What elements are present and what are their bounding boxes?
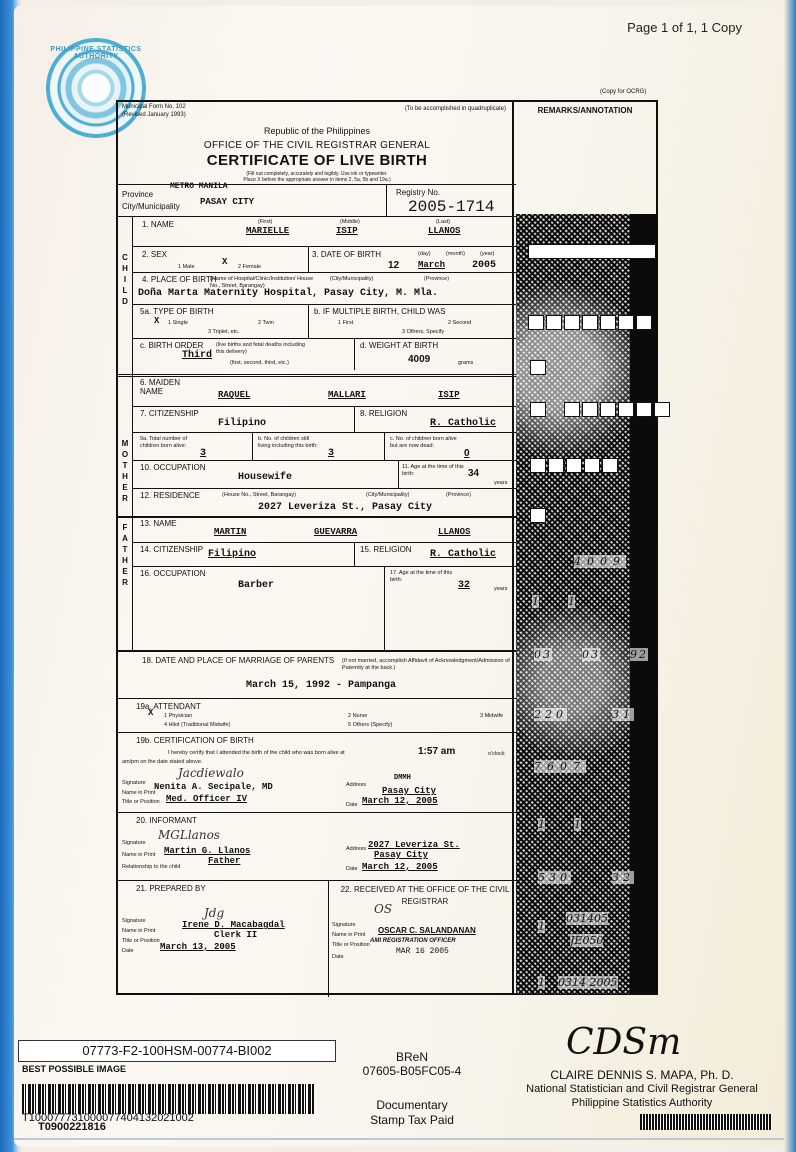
date-label: Date: [332, 954, 344, 960]
informant-code-1: 1: [538, 818, 545, 831]
mother-citizenship-label: 7. CITIZENSHIP: [140, 409, 199, 418]
attendant-physician: 1 Physician: [164, 713, 192, 719]
divider: [132, 338, 516, 339]
middle-label: (Middle): [340, 219, 360, 225]
divider: [308, 304, 309, 338]
informant-label: 20. INFORMANT: [136, 816, 197, 825]
divider: [118, 732, 516, 733]
attendant-label: 19a. ATTENDANT: [136, 702, 201, 711]
pob-city-label: (City/Municipality): [330, 276, 373, 282]
divider: [118, 216, 516, 217]
attendant-code-2: 31: [612, 708, 634, 721]
maiden-name-label: 6. MAIDEN NAME: [140, 378, 190, 396]
signature-label: Signature: [122, 780, 146, 786]
code-box: [548, 458, 564, 473]
residence-sub1: (House No., Street, Barangay): [222, 492, 296, 498]
form-number: Municipal Form No. 102: [122, 104, 186, 110]
code-box: [530, 508, 546, 523]
marriage-value: March 15, 1992 - Pampanga: [246, 680, 396, 691]
father-religion-label: 15. RELIGION: [360, 545, 412, 554]
code-box: [564, 402, 580, 417]
divider: [132, 566, 516, 567]
dead-children-label: c. No. of children born alive but are no…: [390, 436, 460, 450]
paper-edge: [14, 1138, 784, 1140]
mother-age-label: 11. Age at the time of this birth:: [402, 464, 472, 478]
remarks-title: REMARKS/ANNOTATION: [514, 106, 656, 115]
code-box: [618, 315, 634, 330]
barcode-serial: T0900221816: [38, 1121, 106, 1133]
father-citizenship-code-2: 1: [568, 595, 575, 608]
code-box: [546, 315, 562, 330]
father-citizenship: Filipino: [208, 549, 256, 560]
mother-age: 34: [468, 468, 479, 479]
sex-male-option: 1 Male: [178, 264, 195, 270]
scan-shadow: [630, 214, 658, 994]
bren-label: BReN: [360, 1050, 464, 1064]
bren-block: BReN 07605-B05FC05-4: [360, 1050, 464, 1078]
divider: [132, 488, 516, 489]
divider: [308, 246, 309, 272]
name-label: Name in Print: [332, 932, 365, 938]
weight-unit: grams: [458, 360, 473, 366]
barcode-icon: [22, 1084, 314, 1114]
mother-first-name: RAQUEL: [218, 390, 250, 400]
sex-female-mark: X: [222, 257, 227, 267]
father-religion: R. Catholic: [430, 549, 496, 560]
province-value: METRO MANILA: [170, 182, 228, 191]
republic-label: Republic of the Philippines: [118, 126, 516, 136]
attendant-code-1: 220: [534, 708, 567, 721]
dob-month: March: [418, 260, 445, 270]
weight-label: d. WEIGHT AT BIRTH: [360, 341, 438, 350]
certificate-title: CERTIFICATE OF LIVE BIRTH: [118, 152, 516, 169]
code-box: [636, 315, 652, 330]
mother-section-label: MOTHER: [120, 438, 130, 504]
registry-number: 2005-1714: [408, 198, 494, 216]
birth-time: 1:57 am: [418, 746, 455, 757]
code-box: [582, 315, 598, 330]
informant-name: Martin G. Llanos: [164, 846, 250, 856]
dob-year-label: (year): [480, 251, 494, 257]
father-age-unit: years: [494, 586, 507, 592]
signature-label: Signature: [332, 922, 356, 928]
total-born-value: 3: [200, 448, 206, 459]
divider: [132, 542, 516, 543]
type-single-option: 1 Single: [168, 320, 188, 326]
code-box: [530, 402, 546, 417]
child-first-name: MARIELLE: [246, 226, 289, 236]
prepared-code-2: 32: [612, 871, 634, 884]
attendant-address-2: Pasay City: [382, 786, 436, 796]
type-triplet-option: 3 Triplet, etc.: [208, 329, 240, 335]
informant-relationship: Father: [208, 856, 240, 866]
pob-province-label: (Province): [424, 276, 449, 282]
attendant-address-1: DMMH: [394, 774, 411, 782]
attendant-date: March 12, 2005: [362, 796, 438, 806]
code-box: [582, 402, 598, 417]
dob-label: 3. DATE OF BIRTH: [312, 250, 381, 259]
quadruplicate-note: (To be accomplished in quadruplicate): [405, 106, 506, 112]
multiple-first-option: 1 First: [338, 320, 353, 326]
informant-address-1: 2027 Leveriza St.: [368, 840, 460, 850]
code-boxes-citizenship: [530, 458, 618, 473]
divider: [132, 246, 516, 247]
bren-value: 07605-B05FC05-4: [360, 1064, 464, 1078]
type-twin-option: 2 Twin: [258, 320, 274, 326]
father-name-label: 13. NAME: [140, 519, 176, 528]
divider: [386, 184, 387, 216]
signatory-org: Philippine Statistics Authority: [510, 1096, 774, 1110]
address-label: Address: [346, 782, 366, 788]
name-label: Name in Print: [122, 790, 155, 796]
birth-order-label: c. BIRTH ORDER: [140, 341, 203, 350]
father-age: 32: [458, 580, 470, 591]
sex-female-option: 2 Female: [238, 264, 261, 270]
code-box: [600, 402, 616, 417]
signatory-name: CLAIRE DENNIS S. MAPA, Ph. D.: [510, 1068, 774, 1082]
code-box: [530, 458, 546, 473]
stamp-tax-block: Documentary Stamp Tax Paid: [356, 1098, 468, 1128]
attendant-midwife: 3 Midwife: [480, 713, 503, 719]
best-possible-image-label: BEST POSSIBLE IMAGE: [22, 1064, 126, 1074]
attendant-signature: Jacdiewalo: [178, 766, 244, 780]
attendant-title: Med. Officer IV: [166, 794, 247, 804]
seal-text: PHILIPPINE STATISTICS AUTHORITY: [50, 46, 142, 60]
signature-label: Signature: [122, 918, 146, 924]
divider: [398, 460, 399, 488]
divider: [354, 338, 355, 370]
code-box: [530, 360, 546, 375]
divider: [118, 812, 516, 813]
divider: [118, 650, 516, 652]
name-label: Name in Print: [122, 928, 155, 934]
attendant-nurse: 2 Nurse: [348, 713, 367, 719]
dead-children-value: 0: [464, 448, 470, 459]
physician-mark: X: [148, 708, 153, 718]
child-middle-name: ISIP: [336, 226, 358, 236]
divider: [132, 304, 516, 305]
stamp-tax-line-2: Stamp Tax Paid: [356, 1113, 468, 1128]
divider: [354, 406, 355, 432]
father-section-divider: [118, 516, 516, 518]
marriage-label: 18. DATE AND PLACE OF MARRIAGE OF PARENT…: [142, 656, 334, 665]
preparer-signature: Jdg: [204, 906, 224, 920]
mother-religion-label: 8. RELIGION: [360, 409, 407, 418]
total-born-label: 9a. Total number of children born alive:: [140, 436, 200, 450]
signatory-block: CLAIRE DENNIS S. MAPA, Ph. D. National S…: [510, 1068, 774, 1110]
oclock-label: o'clock: [488, 751, 505, 757]
dob-day-label: (day): [418, 251, 431, 257]
certification-text-2: am/pm on the date stated above.: [122, 759, 202, 765]
small-barcode-icon: [640, 1114, 772, 1130]
marriage-sub-label: (If not married, accomplish Affidavit of…: [342, 658, 512, 672]
page-label: Page 1 of 1, 1 Copy: [627, 20, 742, 35]
code-box: [636, 402, 652, 417]
reference-number: 07773-F2-100HSM-00774-BI002: [18, 1040, 336, 1062]
father-last-name: LLANOS: [438, 527, 470, 537]
divider: [118, 698, 516, 699]
received-date-stamp: MAR 16 2005: [396, 947, 449, 956]
divider: [132, 460, 516, 461]
mother-occupation-label: 10. OCCUPATION: [140, 463, 206, 472]
code-box: [654, 402, 670, 417]
code-box: [584, 458, 600, 473]
divider: [384, 432, 385, 460]
registrar-title: AMI REGISTRATION OFFICER: [370, 938, 456, 944]
received-note-1: 031405: [566, 912, 608, 925]
received-code-2: 1: [538, 976, 545, 989]
mother-religion: R. Catholic: [430, 418, 496, 429]
father-citizenship-code-1: 1: [532, 595, 539, 608]
address-label: Address: [346, 846, 366, 852]
mother-last-name: ISIP: [438, 390, 460, 400]
multiple-other-option: 3 Others, Specify: [402, 329, 444, 335]
residence-sub2: (City/Municipality): [366, 492, 409, 498]
mother-occupation: Housewife: [238, 472, 292, 483]
registrar-name: OSCAR C. SALANDANAN: [378, 926, 476, 935]
divider: [384, 566, 385, 650]
section-column-divider: [132, 216, 133, 650]
father-age-label: 17. Age at the time of this birth:: [390, 570, 460, 584]
mother-age-unit: years: [494, 480, 507, 486]
single-mark: X: [154, 316, 159, 326]
child-section-label: CHILD: [120, 252, 130, 307]
weight-value: 4009: [408, 354, 430, 365]
prepared-code-1: 530: [538, 871, 571, 884]
province-label: Province: [122, 190, 153, 199]
residence-sub3: (Province): [446, 492, 471, 498]
residence-value: 2027 Leveriza St., Pasay City: [258, 502, 432, 513]
relationship-label: Relationship to the child: [122, 864, 180, 870]
stamp-tax-line-1: Documentary: [356, 1098, 468, 1113]
birth-certificate-form: Municipal Form No. 102 (Revised January …: [116, 100, 514, 995]
received-code-1: 1: [538, 920, 545, 933]
form-revision: (Revised January 1993): [122, 112, 186, 118]
code-box-single: [530, 360, 546, 375]
birth-order-sub2: (first, second, third, etc.): [230, 360, 289, 366]
informant-code-2: 1: [574, 818, 581, 831]
divider: [132, 272, 516, 273]
dob-day: 12: [388, 260, 399, 271]
informant-signature: MGLlanos: [158, 828, 220, 842]
attendant-others: 5 Others (Specify): [348, 722, 392, 728]
signatory-title: National Statistician and Civil Registra…: [510, 1082, 774, 1096]
date-label: Date: [346, 802, 358, 808]
mother-section-divider: [118, 374, 516, 377]
mother-middle-name: MALLARI: [328, 390, 366, 400]
living-children-label: b. No. of children still living includin…: [258, 436, 322, 450]
code-box: [528, 315, 544, 330]
living-children-value: 3: [328, 448, 334, 459]
office-label: OFFICE OF THE CIVIL REGISTRAR GENERAL: [118, 140, 516, 151]
preparer-date: March 13, 2005: [160, 942, 236, 952]
city-label: City/Municipality: [122, 202, 180, 211]
multiple-second-option: 2 Second: [448, 320, 471, 326]
multiple-birth-label: b. IF MULTIPLE BIRTH, CHILD WAS: [314, 307, 445, 316]
first-label: (First): [258, 219, 272, 225]
divider: [252, 432, 253, 460]
pob-label: 4. PLACE OF BIRTH: [142, 275, 217, 284]
divider: [132, 432, 516, 433]
certification-text: I hereby certify that I attended the bir…: [168, 750, 345, 756]
code-boxes-mother: [530, 402, 670, 417]
city-value: PASAY CITY: [200, 197, 254, 207]
title-label: Title or Position: [122, 938, 160, 944]
code-box-occupation: [530, 508, 546, 523]
received-label: 22. RECEIVED AT THE OFFICE OF THE CIVIL …: [340, 884, 510, 908]
marriage-date-code-2: 03: [582, 648, 600, 661]
preparer-name: Irene D. Macabagdal: [182, 920, 285, 930]
marriage-date-code-3: 92: [630, 648, 648, 661]
informant-address-2: Pasay City: [374, 850, 428, 860]
father-citizenship-label: 14. CITIZENSHIP: [140, 545, 203, 554]
marriage-date-code-1: 03: [534, 648, 552, 661]
residence-label: 12. RESIDENCE: [140, 491, 200, 500]
code-box: [564, 315, 580, 330]
residence-code: 4009: [574, 555, 626, 568]
attendant-name: Nenita A. Secipale, MD: [154, 782, 273, 792]
date-label: Date: [346, 866, 358, 872]
divider: [354, 542, 355, 566]
coding-blank-field: [528, 244, 656, 259]
type-of-birth-label: 5a. TYPE OF BIRTH: [140, 307, 214, 316]
dob-month-label: (month): [446, 251, 465, 257]
mother-citizenship: Filipino: [218, 418, 266, 429]
informant-date: March 12, 2005: [362, 862, 438, 872]
dob-year: 2005: [472, 260, 496, 271]
divider: [132, 406, 516, 407]
pob-value: Doña Marta Maternity Hospital, Pasay Cit…: [138, 288, 438, 299]
divider: [328, 880, 329, 997]
received-note-3: 0314 2005: [558, 976, 618, 989]
father-middle-name: GUEVARRA: [314, 527, 357, 537]
date-label: Date: [122, 948, 134, 954]
signature-label: Signature: [122, 840, 146, 846]
father-occupation-label: 16. OCCUPATION: [140, 569, 206, 578]
registrar-signature: OS: [374, 902, 392, 916]
prepared-by-label: 21. PREPARED BY: [136, 884, 206, 893]
divider: [118, 880, 516, 881]
signatory-signature: CDSm: [566, 1022, 681, 1063]
title-label: Title or Position: [332, 942, 370, 948]
code-boxes-child: [528, 315, 652, 330]
child-last-name: LLANOS: [428, 226, 460, 236]
birth-time-code: 7607: [534, 760, 586, 773]
father-occupation: Barber: [238, 580, 274, 591]
code-box: [602, 458, 618, 473]
sex-label: 2. SEX: [142, 250, 167, 259]
registry-label: Registry No.: [396, 188, 440, 197]
code-box: [618, 402, 634, 417]
father-section-label: FATHER: [120, 522, 130, 588]
attendant-hilot: 4 Hilot (Traditional Midwife): [164, 722, 230, 728]
child-name-label: 1. NAME: [142, 220, 174, 229]
birth-order-value: Third: [182, 350, 212, 361]
name-label: Name in Print: [122, 852, 155, 858]
copy-for-label: (Copy for OCRG): [600, 89, 646, 95]
birth-order-sub: (live births and fetal deaths including …: [216, 342, 306, 356]
certification-label: 19b. CERTIFICATION OF BIRTH: [136, 736, 254, 745]
code-box: [566, 458, 582, 473]
code-box: [600, 315, 616, 330]
last-label: (Last): [436, 219, 450, 225]
title-label: Title or Position: [122, 799, 160, 805]
preparer-title: Clerk II: [214, 930, 257, 940]
background-edge: [784, 0, 796, 1152]
father-first-name: MARTIN: [214, 527, 246, 537]
received-note-2: JE050: [570, 934, 603, 947]
